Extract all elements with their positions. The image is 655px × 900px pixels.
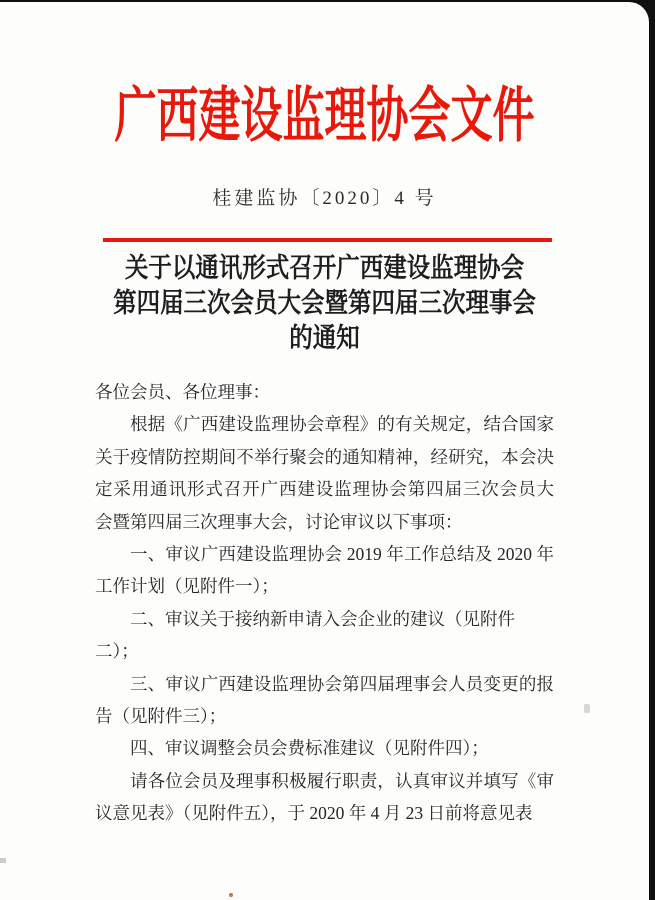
scanned-document: { "colors": { "header_red": "#e8190b", "…: [0, 0, 655, 900]
body-line: 会暨第四届三次理事大会，讨论审议以下事项：: [95, 506, 554, 538]
doc-title-line: 的通知: [42, 321, 607, 356]
org-header-title: 广西建设监理协会文件: [97, 82, 551, 151]
scan-speck: [584, 704, 590, 713]
scan-speck: [0, 858, 6, 863]
body-line: 议意见表》（见附件五），于 2020 年 4 月 23 日前将意见表: [95, 797, 554, 829]
body-line: 请各位会员及理事积极履行职责，认真审议并填写《审: [95, 765, 554, 797]
body-text: 各位会员、各位理事： 根据《广西建设监理协会章程》的有关规定，结合国家 关于疫情…: [95, 376, 554, 830]
body-line: 工作计划（见附件一）；: [95, 570, 554, 602]
body-line: 定采用通讯形式召开广西建设监理协会第四届三次会员大: [95, 473, 554, 505]
body-line: 告（见附件三）；: [95, 700, 554, 732]
body-line: 四、审议调整会员会费标准建议（见附件四）；: [95, 732, 554, 764]
doc-title: 关于以通讯形式召开广西建设监理协会 第四届三次会员大会暨第四届三次理事会 的通知: [42, 251, 607, 356]
salutation: 各位会员、各位理事：: [95, 376, 554, 408]
doc-title-line: 关于以通讯形式召开广西建设监理协会: [42, 251, 607, 286]
doc-number: 桂建监协〔2020〕4 号: [0, 183, 649, 210]
body-line: 一、审议广西建设监理协会 2019 年工作总结及 2020 年: [95, 538, 554, 570]
document-page: 广西建设监理协会文件 桂建监协〔2020〕4 号 关于以通讯形式召开广西建设监理…: [0, 2, 649, 900]
scan-speck: [229, 893, 233, 897]
red-divider-line: [103, 238, 552, 242]
body-line: 二、审议关于接纳新申请入会企业的建议（见附件二）；: [95, 603, 554, 668]
body-line: 根据《广西建设监理协会章程》的有关规定，结合国家: [95, 408, 554, 440]
body-line: 三、审议广西建设监理协会第四届理事会人员变更的报: [95, 668, 554, 700]
doc-title-line: 第四届三次会员大会暨第四届三次理事会: [42, 286, 607, 321]
body-line: 关于疫情防控期间不举行聚会的通知精神，经研究，本会决: [95, 441, 554, 473]
